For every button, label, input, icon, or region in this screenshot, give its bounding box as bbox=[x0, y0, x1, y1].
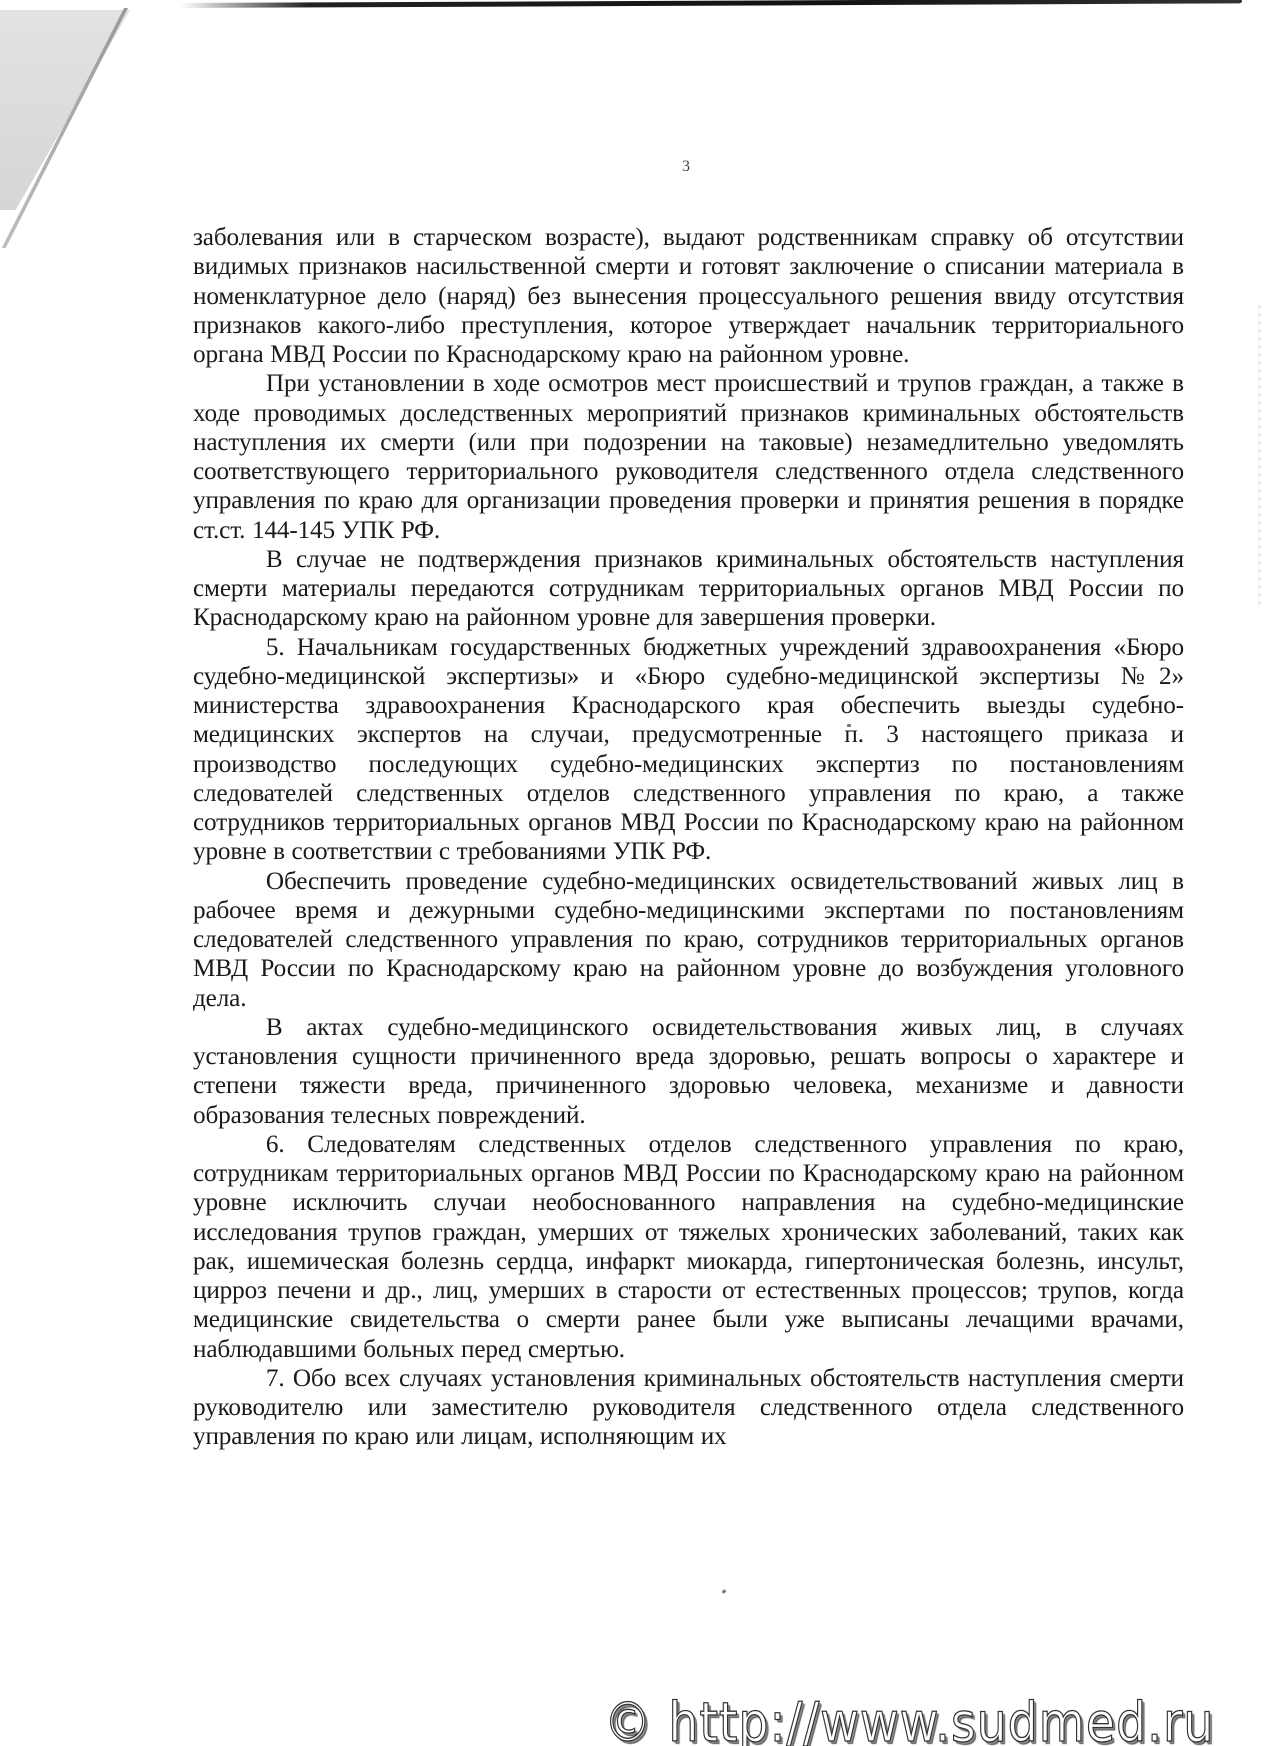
scan-speck bbox=[722, 1589, 727, 1594]
paragraph-not-confirmed: В случае не подтверждения признаков крим… bbox=[193, 544, 1184, 632]
paragraph-continuation: заболевания или в старческом возрасте), … bbox=[193, 222, 1184, 368]
paragraph-examination-acts: В актах судебно-медицинского освидетельс… bbox=[193, 1012, 1184, 1129]
document-body: заболевания или в старческом возрасте), … bbox=[193, 222, 1184, 1451]
copyright-watermark: © http://www.sudmed.ru bbox=[604, 1698, 1214, 1746]
paragraph-item-7: 7. Обо всех случаях установления кримина… bbox=[193, 1363, 1184, 1451]
page-number: 3 bbox=[682, 158, 690, 176]
paragraph-criminal-signs-notification: При установлении в ходе осмотров мест пр… bbox=[193, 368, 1184, 544]
scan-margin-artifact bbox=[1258, 305, 1261, 605]
paragraph-living-persons-examinations: Обеспечить проведение судебно-медицински… bbox=[193, 866, 1184, 1012]
paragraph-item-6: 6. Следователям следственных отделов сле… bbox=[193, 1129, 1184, 1363]
scan-top-edge-shadow bbox=[180, 0, 1242, 8]
paragraph-item-5: 5. Начальникам государственных бюджетных… bbox=[193, 632, 1184, 866]
